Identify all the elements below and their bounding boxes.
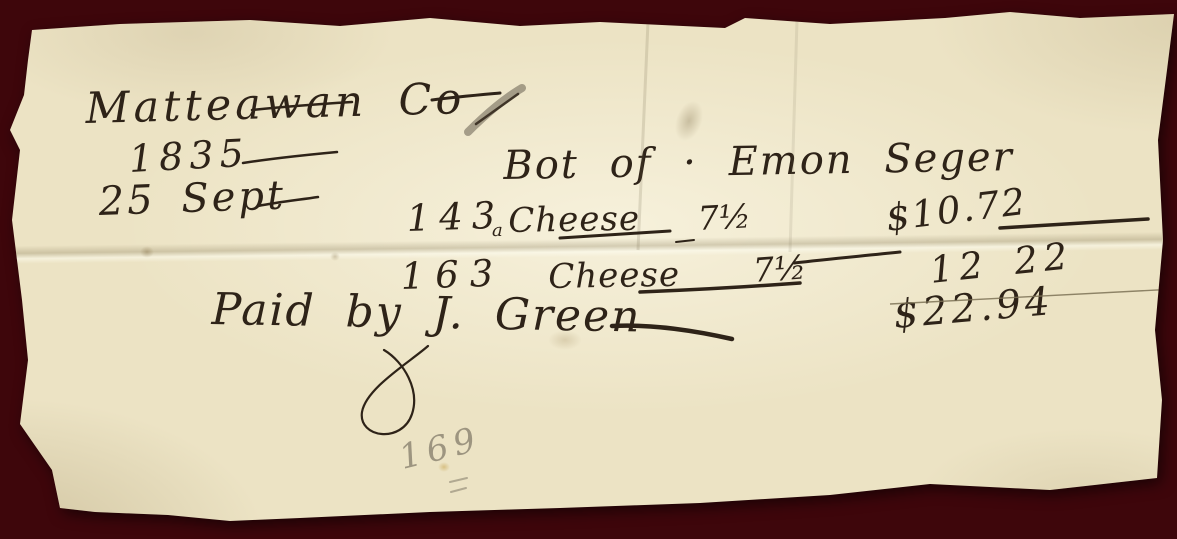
pencil-note: 169: [396, 422, 485, 475]
ink-dash: [243, 152, 337, 163]
place-name: Matteawan Co: [85, 78, 466, 131]
total-amount: $22.94: [892, 282, 1055, 335]
line1-quantity: 143: [406, 197, 505, 237]
line2-item: Cheese: [548, 258, 680, 294]
ink-flourish-loop: [362, 346, 428, 434]
scan-background: Matteawan Co 1835 25 Sept Bot of · Emon …: [0, 0, 1177, 539]
line1-item: Cheese: [508, 202, 640, 238]
date: 25 Sept: [98, 175, 287, 222]
line1-amount: $10.72: [884, 183, 1029, 237]
bought-of-line: Bot of · Emon Seger: [503, 137, 1014, 186]
paid-by-line: Paid by J. Green: [211, 288, 642, 339]
ink-smudge: [468, 88, 522, 132]
vertical-fold-crease: [790, 20, 797, 252]
ink-smudge: [476, 94, 518, 124]
ink-stain: [670, 97, 709, 145]
line1-unit: a: [492, 222, 503, 240]
line2-rate: 7½: [752, 250, 807, 287]
year: 1835: [128, 134, 251, 178]
paper-stain: [330, 252, 340, 261]
line1-rate: 7½: [697, 199, 752, 235]
pencil-marks: [450, 478, 467, 492]
paper-stain: [140, 246, 154, 258]
receipt-paper: Matteawan Co 1835 25 Sept Bot of · Emon …: [0, 0, 1177, 539]
